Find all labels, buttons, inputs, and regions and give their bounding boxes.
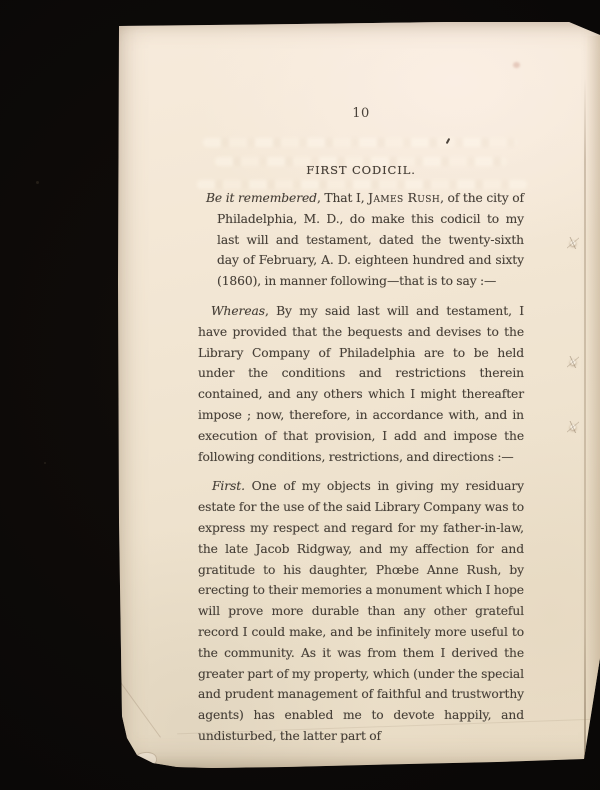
paragraph-whereas: Whereas, By my said last will and testam… <box>198 301 524 467</box>
text-segment: , of the city of Philadelphia, M. D., do… <box>217 191 524 288</box>
paragraph-lead: First. <box>212 479 245 493</box>
name-james-rush: James Rush <box>368 191 440 205</box>
corner-blemish <box>132 750 158 768</box>
dust-speck <box>36 181 39 184</box>
scan-background: 10 FIRST CODICIL. Be it remembered, That… <box>0 0 600 790</box>
corner-crease <box>117 677 161 737</box>
binding-hole <box>567 237 579 249</box>
binding-hole <box>567 356 579 368</box>
text-block: Be it remembered, That I, James Rush, of… <box>198 188 524 747</box>
fore-edge-shading <box>586 36 600 768</box>
paragraph-first: First. One of my objects in giving my re… <box>198 476 524 746</box>
paragraph-lead: Whereas <box>211 304 265 318</box>
fore-edge-crease <box>584 78 586 762</box>
foxing-spot <box>513 62 520 68</box>
paragraph-be-it-remembered: Be it remembered, That I, James Rush, of… <box>217 188 524 292</box>
text-segment: One of my objects in giving my residuary… <box>198 479 524 743</box>
paragraph-lead: Be it remembered <box>206 191 317 205</box>
binding-hole <box>567 421 579 433</box>
dust-speck <box>44 462 46 464</box>
show-through-text <box>203 138 517 147</box>
text-segment: , That I, <box>317 191 368 205</box>
text-segment: , By my said last will and testament, I … <box>198 304 524 464</box>
page-number: 10 <box>198 106 524 121</box>
section-heading: FIRST CODICIL. <box>198 163 524 177</box>
scanned-page: 10 FIRST CODICIL. Be it remembered, That… <box>117 22 600 768</box>
